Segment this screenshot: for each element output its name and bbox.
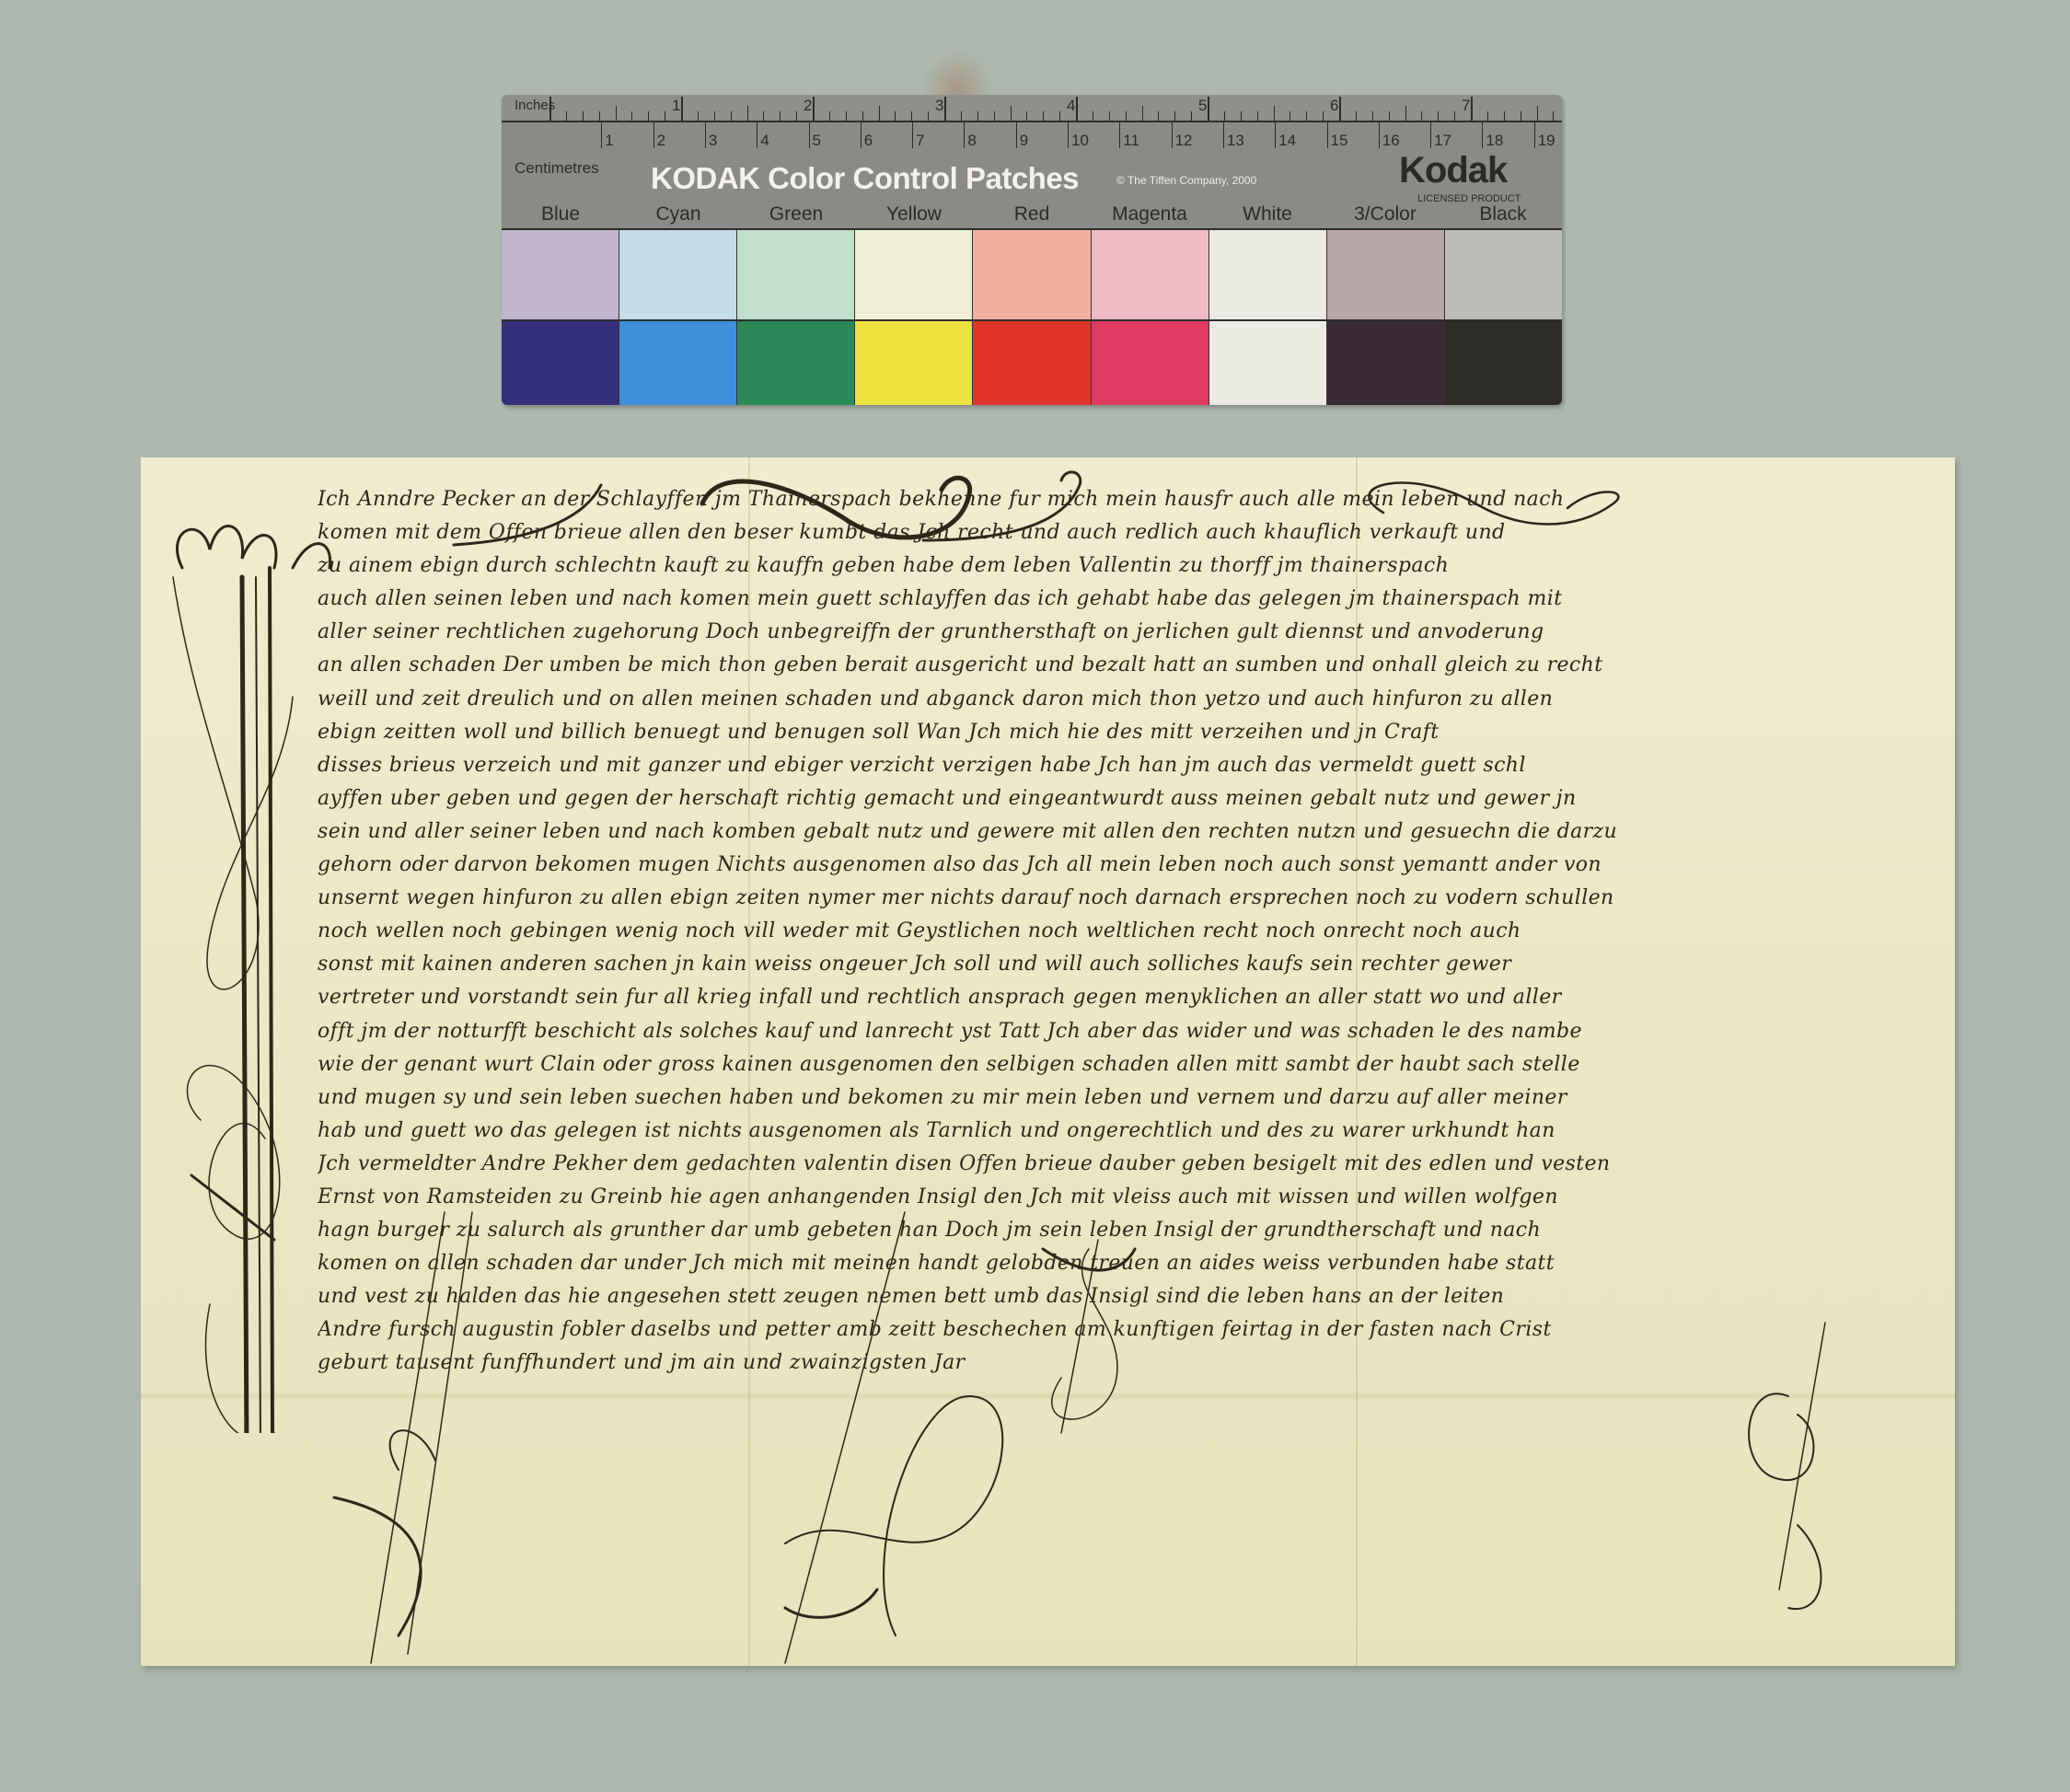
- patch-light-3-color: [1327, 230, 1445, 319]
- patch-dark-black: [1445, 321, 1562, 405]
- ruler-tick: [928, 111, 929, 121]
- ruler-tick: [1223, 122, 1224, 148]
- patch-label-red: Red: [973, 203, 1091, 225]
- manuscript-line: und vest zu halden das hie angesehen ste…: [318, 1280, 1947, 1313]
- ruler-tick: [1306, 111, 1307, 121]
- manuscript-line: geburt tausent funffhundert und jm ain u…: [318, 1347, 1947, 1380]
- ruler-tick: [994, 111, 995, 121]
- ruler-tick: [1537, 106, 1538, 121]
- inch-mark: 3: [935, 97, 943, 115]
- manuscript-line: wie der genant wurt Clain oder gross kai…: [318, 1048, 1947, 1081]
- ruler-tick: [1059, 111, 1060, 121]
- ruler-tick: [1158, 111, 1159, 121]
- cm-mark: 12: [1175, 132, 1193, 150]
- cm-mark: 8: [967, 132, 976, 150]
- cm-mark: 18: [1486, 132, 1503, 150]
- ruler-tick: [1026, 111, 1027, 121]
- ruler-tick: [1471, 97, 1473, 121]
- centimetres-label: Centimetres: [515, 159, 599, 178]
- patch-light-red: [973, 230, 1091, 319]
- patch-dark-3-color: [1327, 321, 1445, 405]
- patch-light-yellow: [855, 230, 973, 319]
- ruler-tick: [796, 111, 797, 121]
- ruler-tick: [1372, 111, 1373, 121]
- patch-dark-red: [973, 321, 1091, 405]
- ruler-tick: [1076, 97, 1078, 121]
- ruler-tick: [809, 122, 810, 148]
- ruler-tick: [911, 111, 912, 121]
- patch-dark-yellow: [855, 321, 973, 405]
- manuscript-line: auch allen seinen leben und nach komen m…: [318, 583, 1947, 616]
- inch-ruler: Inches 12345678: [502, 95, 1562, 122]
- card-copyright: © The Tiffen Company, 2000: [1116, 174, 1256, 187]
- inch-mark: 5: [1198, 97, 1207, 115]
- cm-mark: 17: [1434, 132, 1451, 150]
- manuscript-line: Ich Anndre Pecker an der Schlayffen jm T…: [318, 483, 1947, 516]
- ruler-tick: [681, 97, 683, 121]
- ruler-tick: [1016, 122, 1017, 148]
- patch-dark-magenta: [1092, 321, 1209, 405]
- cm-mark: 16: [1382, 132, 1400, 150]
- manuscript-line: vertreter und vorstandt sein fur all kri…: [318, 981, 1947, 1014]
- ruler-tick: [601, 122, 602, 148]
- inch-mark: 1: [672, 97, 680, 115]
- inch-mark: 2: [804, 97, 812, 115]
- ruler-tick: [747, 106, 748, 121]
- ruler-tick: [549, 97, 551, 121]
- ruler-tick: [653, 122, 654, 148]
- patch-row-dark: [502, 319, 1562, 405]
- cm-mark: 10: [1071, 132, 1089, 150]
- manuscript-line: offt jm der notturfft beschicht als solc…: [318, 1015, 1947, 1048]
- ruler-tick: [1389, 111, 1390, 121]
- patch-light-green: [737, 230, 855, 319]
- ruler-tick: [1109, 111, 1110, 121]
- cm-mark: 3: [709, 132, 717, 150]
- ruler-tick: [846, 111, 847, 121]
- cm-mark: 19: [1538, 132, 1555, 150]
- patch-light-cyan: [619, 230, 737, 319]
- ruler-tick: [714, 111, 715, 121]
- decorated-initial-letter: [155, 513, 339, 1433]
- patch-row-light: [502, 228, 1562, 319]
- ruler-tick: [1553, 111, 1554, 121]
- ruler-tick: [1405, 106, 1406, 121]
- cm-mark: 11: [1123, 132, 1139, 150]
- ruler-tick: [862, 111, 863, 121]
- ruler-tick: [813, 97, 815, 121]
- manuscript-line: an allen schaden Der umben be mich thon …: [318, 649, 1947, 682]
- ruler-tick: [912, 122, 913, 148]
- ruler-tick: [1275, 122, 1276, 148]
- manuscript-line: aller seiner rechtlichen zugehorung Doch…: [318, 616, 1947, 649]
- ruler-tick: [1534, 122, 1535, 148]
- patch-light-magenta: [1092, 230, 1209, 319]
- ruler-tick: [1241, 111, 1242, 121]
- ruler-tick: [829, 111, 830, 121]
- patch-dark-cyan: [619, 321, 737, 405]
- kodak-color-control-card: Inches 12345678 123456789101112131415161…: [502, 95, 1562, 405]
- manuscript-line: Andre fursch augustin fobler daselbs und…: [318, 1313, 1947, 1347]
- cm-mark: 7: [916, 132, 924, 150]
- cm-mark: 13: [1227, 132, 1244, 150]
- ruler-tick: [1093, 111, 1093, 121]
- ruler-tick: [1224, 111, 1225, 121]
- cm-mark: 5: [813, 132, 821, 150]
- ruler-tick: [698, 111, 699, 121]
- manuscript-line: ayffen uber geben und gegen der herschaf…: [318, 782, 1947, 815]
- ruler-tick: [1421, 111, 1422, 121]
- manuscript-line: sein und aller seiner leben und nach kom…: [318, 815, 1947, 849]
- ruler-tick: [566, 111, 567, 121]
- ruler-tick: [1521, 111, 1521, 121]
- ruler-tick: [1454, 111, 1455, 121]
- cm-mark: 4: [760, 132, 769, 150]
- patch-label-cyan: Cyan: [619, 203, 737, 225]
- ruler-tick: [1327, 122, 1328, 148]
- cm-mark: 6: [864, 132, 873, 150]
- ruler-tick: [1142, 106, 1143, 121]
- patch-label-green: Green: [737, 203, 855, 225]
- fold-line: [141, 1392, 1955, 1401]
- manuscript-document: Ich Anndre Pecker an der Schlayffen jm T…: [141, 457, 1955, 1666]
- ruler-tick: [1208, 97, 1209, 121]
- patch-labels: BlueCyanGreenYellowRedMagentaWhite3/Colo…: [502, 203, 1562, 229]
- ruler-tick: [1482, 122, 1483, 148]
- manuscript-line: unsernt wegen hinfuron zu allen ebign ze…: [318, 882, 1947, 915]
- ruler-tick: [763, 111, 764, 121]
- ruler-tick: [665, 111, 665, 121]
- patch-label-magenta: Magenta: [1091, 203, 1208, 225]
- cm-mark: 15: [1331, 132, 1348, 150]
- ruler-tick: [977, 111, 978, 121]
- manuscript-line: komen on allen schaden dar under Jch mic…: [318, 1247, 1947, 1280]
- inch-mark: 4: [1067, 97, 1075, 115]
- ruler-tick: [1430, 122, 1431, 148]
- ruler-tick: [1191, 111, 1192, 121]
- ruler-tick: [1487, 111, 1488, 121]
- patch-light-blue: [502, 230, 619, 319]
- manuscript-line: komen mit dem Offen brieue allen den bes…: [318, 516, 1947, 549]
- ruler-tick: [1379, 122, 1380, 148]
- manuscript-line: hab und guett wo das gelegen ist nichts …: [318, 1115, 1947, 1148]
- ruler-tick: [631, 111, 632, 121]
- ruler-tick: [1172, 122, 1173, 148]
- manuscript-line: noch wellen noch gebingen wenig noch vil…: [318, 915, 1947, 948]
- manuscript-line: zu ainem ebign durch schlechtn kauft zu …: [318, 549, 1947, 583]
- ruler-tick: [1119, 122, 1120, 148]
- ruler-tick: [961, 111, 962, 121]
- patch-dark-blue: [502, 321, 619, 405]
- cm-mark: 1: [605, 132, 613, 150]
- ruler-tick: [1289, 111, 1290, 121]
- ruler-tick: [1274, 106, 1275, 121]
- ruler-tick: [1438, 111, 1439, 121]
- manuscript-line: Jch vermeldter Andre Pekher dem gedachte…: [318, 1148, 1947, 1181]
- ruler-tick: [1174, 111, 1175, 121]
- ruler-tick: [705, 122, 706, 148]
- manuscript-line: sonst mit kainen anderen sachen jn kain …: [318, 948, 1947, 981]
- ruler-tick: [1356, 111, 1357, 121]
- manuscript-line: und mugen sy und sein leben suechen habe…: [318, 1081, 1947, 1115]
- ruler-tick: [757, 122, 757, 148]
- patch-dark-green: [737, 321, 855, 405]
- manuscript-line: hagn burger zu salurch als grunther dar …: [318, 1214, 1947, 1247]
- cm-mark: 2: [657, 132, 665, 150]
- ruler-tick: [616, 106, 617, 121]
- patch-label-blue: Blue: [502, 203, 619, 225]
- cm-mark: 9: [1020, 132, 1028, 150]
- ruler-tick: [944, 97, 946, 121]
- ruler-tick: [1126, 111, 1127, 121]
- patch-label-black: Black: [1444, 203, 1562, 225]
- ruler-tick: [1504, 111, 1505, 121]
- manuscript-line: ebign zeitten woll und billich benuegt u…: [318, 716, 1947, 749]
- ruler-tick: [1339, 97, 1341, 121]
- ruler-tick: [780, 111, 781, 121]
- manuscript-line: disses brieus verzeich und mit ganzer un…: [318, 749, 1947, 782]
- manuscript-line: weill und zeit dreulich und on allen mei…: [318, 683, 1947, 716]
- ruler-tick: [583, 111, 584, 121]
- ruler-tick: [1257, 111, 1258, 121]
- ruler-tick: [964, 122, 965, 148]
- patch-dark-white: [1209, 321, 1327, 405]
- patch-label-yellow: Yellow: [855, 203, 973, 225]
- ruler-tick: [1068, 122, 1069, 148]
- patch-label-white: White: [1208, 203, 1326, 225]
- ruler-tick: [1323, 111, 1324, 121]
- card-title: KODAK Color Control Patches: [651, 161, 1079, 196]
- manuscript-text: Ich Anndre Pecker an der Schlayffen jm T…: [318, 483, 1947, 1381]
- ruler-tick: [648, 111, 649, 121]
- cm-mark: 14: [1278, 132, 1296, 150]
- patch-label-3-color: 3/Color: [1326, 203, 1444, 225]
- ruler-tick: [879, 106, 880, 121]
- ruler-tick: [731, 111, 732, 121]
- manuscript-line: gehorn oder darvon bekomen mugen Nichts …: [318, 849, 1947, 882]
- manuscript-line: Ernst von Ramsteiden zu Greinb hie agen …: [318, 1181, 1947, 1214]
- inch-mark: 7: [1462, 97, 1470, 115]
- inch-mark: 6: [1330, 97, 1338, 115]
- patch-light-black: [1445, 230, 1562, 319]
- ruler-tick: [599, 111, 600, 121]
- patch-light-white: [1209, 230, 1327, 319]
- ruler-tick: [1043, 111, 1044, 121]
- kodak-logo: Kodak: [1399, 150, 1507, 191]
- ruler-tick: [895, 111, 896, 121]
- ruler-tick: [861, 122, 862, 148]
- ruler-tick: [1011, 106, 1012, 121]
